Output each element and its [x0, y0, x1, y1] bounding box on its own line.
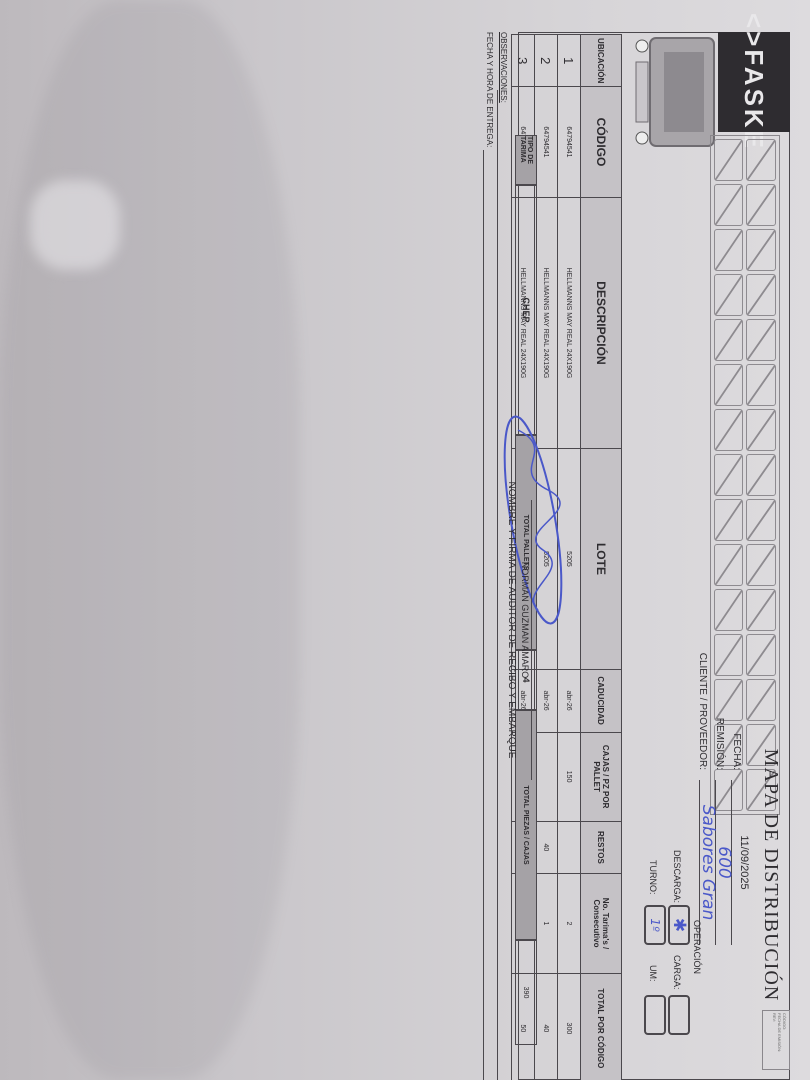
pallet-slot — [747, 184, 777, 226]
tipo-tarima-label: TIPO DE TARIMA — [515, 135, 537, 185]
pallet-slot — [714, 454, 744, 496]
total-piezas-value: 390 — [515, 940, 537, 1045]
page-title: MAPA DE DISTRIBUCIÓN — [759, 710, 782, 1040]
descarga-label: DESCARGA: — [672, 850, 682, 903]
cell-total: 40 — [535, 973, 558, 1080]
pallet-slot — [747, 589, 777, 631]
col-descripcion: DESCRIPCIÓN — [581, 197, 622, 449]
col-caducidad: CADUCIDAD — [581, 669, 622, 732]
meta-code: CÓDIGO: — [782, 1013, 787, 1067]
col-restos: RESTOS — [581, 821, 622, 873]
meta-date: FECHA DE EMISIÓN: — [777, 1013, 782, 1067]
pallet-slot — [747, 319, 777, 361]
turno-field[interactable]: 1º — [644, 905, 666, 945]
cliente-label: CLIENTE / PROVEEDOR: — [697, 610, 708, 770]
col-ubicacion: UBICACIÓN — [581, 35, 622, 87]
cell-cajas — [535, 732, 558, 821]
remision-label: REMISIÓN: — [714, 610, 725, 770]
um-field[interactable] — [644, 995, 666, 1035]
pallet-slot — [714, 139, 744, 181]
carga-checkbox[interactable] — [668, 995, 690, 1035]
cell-restos — [558, 821, 581, 873]
descarga-checkbox[interactable]: ✱ — [668, 905, 690, 945]
brand-logo: <>FASKE — [718, 32, 790, 132]
pallet-slot — [714, 409, 744, 451]
carga-label: CARGA: — [672, 955, 682, 990]
pallet-slot — [714, 184, 744, 226]
signature-scrawl — [498, 410, 568, 630]
pallet-slot — [714, 319, 744, 361]
cell-restos: 40 — [535, 821, 558, 873]
col-total: TOTAL POR CÓDIGO — [581, 973, 622, 1080]
cell-cajas: 150 — [558, 732, 581, 821]
cell-caducidad: abr-26 — [558, 669, 581, 732]
pallet-slot — [714, 229, 744, 271]
cell-ubicacion: 3 — [512, 35, 535, 87]
cell-codigo: 64794541 — [558, 87, 581, 197]
fecha-label: FECHA: — [731, 610, 742, 770]
col-codigo: CÓDIGO — [581, 87, 622, 197]
cell-ubicacion: 1 — [558, 35, 581, 87]
doc-meta-box: CÓDIGO: FECHA DE EMISIÓN: REV: — [762, 1010, 790, 1070]
col-tarimas: No. Tarima's / Consecutivo — [581, 874, 622, 974]
pallet-slot — [747, 139, 777, 181]
pallet-slot — [747, 499, 777, 541]
cell-tarimas: 2 — [558, 874, 581, 974]
cell-caducidad: abr-26 — [535, 669, 558, 732]
cell-total: 300 — [558, 973, 581, 1080]
truck-icon — [630, 32, 718, 152]
pallet-slot — [714, 364, 744, 406]
pallet-slot — [747, 454, 777, 496]
pallet-slot — [714, 274, 744, 316]
pallet-slot — [747, 229, 777, 271]
cell-tarimas: 1 — [535, 874, 558, 974]
tipo-tarima-value: CHEP — [515, 185, 537, 435]
total-piezas-label: TOTAL PIEZAS / CAJAS — [515, 710, 537, 940]
col-cajas: CAJAS / PZ POR PALLET — [581, 732, 622, 821]
table-header-row: UBICACIÓN CÓDIGO DESCRIPCIÓN LOTE CADUCI… — [581, 35, 622, 1080]
pallet-slot — [714, 499, 744, 541]
pallet-slot — [714, 544, 744, 586]
total-pallets-value: 4 — [515, 650, 537, 710]
cell-ubicacion: 2 — [535, 35, 558, 87]
pallet-slot — [747, 274, 777, 316]
um-label: UM: — [648, 965, 658, 982]
pallet-slot — [747, 634, 777, 676]
pallet-slot — [747, 364, 777, 406]
distribution-map-form: <>FASKE MAPA DE DISTRIBUCIÓN CÓDIGO: FEC… — [0, 0, 810, 1080]
pallet-slot — [747, 544, 777, 586]
pallet-slot — [747, 409, 777, 451]
turno-label: TURNO: — [648, 860, 658, 895]
cell-codigo: 64794541 — [535, 87, 558, 197]
col-lote: LOTE — [581, 449, 622, 669]
operacion-title: OPERACIÓN — [692, 920, 702, 974]
